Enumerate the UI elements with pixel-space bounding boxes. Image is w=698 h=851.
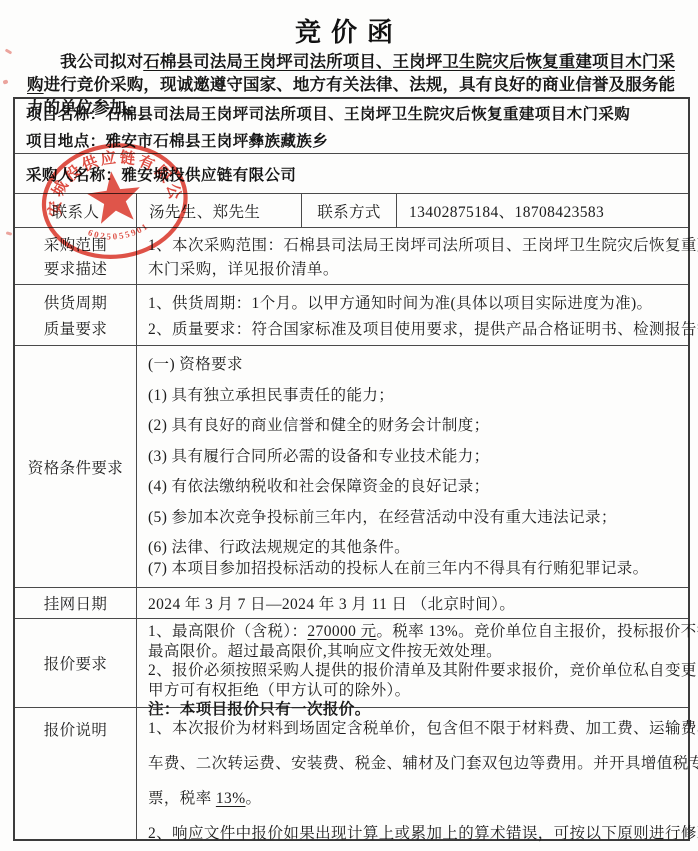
qualification-item: (3) 具有履行合同所必需的设备和专业技术能力； — [148, 446, 682, 467]
intro-pre: 我公司拟对 — [60, 52, 143, 71]
quote-note-l3-post: 。 — [246, 790, 262, 807]
qualification-item: (4) 有依法缴纳税收和社会保障资金的良好记录； — [148, 476, 682, 497]
scope-line2: 木门采购，详见报价清单。 — [148, 257, 698, 279]
row-contact: 联系人 汤先生、郑先生 联系方式 13402875184、18708423583 — [15, 193, 688, 227]
supply-label-line2: 质量要求 — [44, 317, 108, 339]
row-listing-date: 挂网日期 2024 年 3 月 7 日—2024 年 3 月 11 日 （北京时… — [15, 587, 688, 618]
qualification-content: (一) 资格要求 (1) 具有独立承担民事责任的能力； (2) 具有良好的商业信… — [137, 346, 688, 587]
scope-line1: 1、本次采购范围：石棉县司法局王岗坪司法所项目、王岗坪卫生院灾后恢复重建项目 — [148, 233, 698, 255]
bidding-table: 项目名称：石棉县司法局王岗坪司法所项目、王岗坪卫生院灾后恢复重建项目木门采购 项… — [13, 97, 690, 841]
quote-note-line3: 票，税率 13%。 — [148, 781, 698, 816]
quote-note-line1: 1、本次报价为材料到场固定含税单价，包含但不限于材料费、加工费、运输费、上下 — [148, 711, 698, 746]
scope-label-line2: 要求描述 — [44, 257, 108, 279]
quote-req-l1-post: 。税率 13%。竞价单位自主报价，投标报价不得超过 — [376, 623, 698, 640]
contact-phones: 13402875184、18708423583 — [397, 194, 688, 227]
row-quote-requirements: 报价要求 1、最高限价（含税）：270000 元。税率 13%。竞价单位自主报价… — [15, 618, 688, 707]
purchaser-name: 采购人名称：雅安城投供应链有限公司 — [15, 157, 688, 191]
scan-speck — [2, 79, 8, 84]
quote-req-line4: 甲方可有权拒绝（甲方认可的除外）。 — [148, 681, 698, 701]
qualification-item: (2) 具有良好的商业信誉和健全的财务会计制度； — [148, 415, 682, 436]
contact-persons: 汤先生、郑先生 — [137, 194, 302, 227]
row-qualification: 资格条件要求 (一) 资格要求 (1) 具有独立承担民事责任的能力； (2) 具… — [15, 345, 688, 587]
scope-content: 1、本次采购范围：石棉县司法局王岗坪司法所项目、王岗坪卫生院灾后恢复重建项目 木… — [137, 228, 698, 284]
scan-speck — [5, 48, 13, 54]
scope-label-line1: 采购范围 — [44, 233, 108, 255]
qualification-item: (6) 法律、行政法规规定的其他条件。 — [148, 537, 682, 558]
quote-note-line2: 车费、二次转运费、安装费、税金、辅材及门套双包边等费用。并开具增值税专用发 — [148, 746, 698, 781]
document-title: 竞价函 — [0, 12, 698, 49]
quote-req-l1-pre: 1、最高限价（含税）： — [148, 623, 307, 640]
row-supply: 供货周期 质量要求 1、供货周期：1个月。以甲方通知时间为准(具体以项目实际进度… — [15, 284, 688, 345]
row-project: 项目名称：石棉县司法局王岗坪司法所项目、王岗坪卫生院灾后恢复重建项目木门采购 项… — [15, 99, 688, 153]
supply-line1: 1、供货周期：1个月。以甲方通知时间为准(具体以项目实际进度为准)。 — [148, 291, 698, 313]
quote-req-line2: 最高限价。超过最高限价,其响应文件按无效处理。 — [148, 642, 698, 662]
scan-speck — [6, 231, 13, 235]
supply-label: 供货周期 质量要求 — [15, 285, 137, 345]
quote-req-line1: 1、最高限价（含税）：270000 元。税率 13%。竞价单位自主报价，投标报价… — [148, 622, 698, 642]
row-quote-notes: 报价说明 1、本次报价为材料到场固定含税单价，包含但不限于材料费、加工费、运输费… — [15, 707, 688, 839]
listing-date-value: 2024 年 3 月 7 日—2024 年 3 月 11 日 （北京时间）。 — [137, 588, 688, 618]
quote-note-l3-pre: 票，税率 — [148, 790, 216, 807]
supply-line2: 2、质量要求：符合国家标准及项目使用要求，提供产品合格证明书、检测报告等资料。 — [148, 317, 698, 339]
contact-method-label: 联系方式 — [302, 194, 397, 227]
listing-date-label: 挂网日期 — [15, 588, 137, 618]
quote-note-line4: 2、响应文件中报价如果出现计算上或累加上的算术错误，可按以下原则进行修改： — [148, 816, 698, 851]
row-scope: 采购范围 要求描述 1、本次采购范围：石棉县司法局王岗坪司法所项目、王岗坪卫生院… — [15, 227, 688, 284]
scope-label: 采购范围 要求描述 — [15, 228, 137, 284]
contact-label: 联系人 — [15, 194, 137, 227]
quote-note-label: 报价说明 — [15, 708, 137, 839]
qualification-label: 资格条件要求 — [15, 346, 137, 587]
supply-content: 1、供货周期：1个月。以甲方通知时间为准(具体以项目实际进度为准)。 2、质量要… — [137, 285, 698, 345]
quote-req-line3: 2、报价必须按照采购人提供的报价清单及其附件要求报价，竞价单位私自变更内容， — [148, 661, 698, 681]
qualification-item: (5) 参加本次竞争投标前三年内，在经营活动中没有重大违法记录； — [148, 507, 682, 528]
qualification-item: (一) 资格要求 — [148, 354, 682, 375]
tax-rate-value: 13% — [216, 790, 246, 807]
supply-label-line1: 供货周期 — [44, 291, 108, 313]
project-location: 项目地点：雅安市石棉县王岗坪彝族藏族乡 — [15, 129, 688, 151]
quote-req-content: 1、最高限价（含税）：270000 元。税率 13%。竞价单位自主报价，投标报价… — [137, 619, 698, 707]
qualification-item: (7) 本项目参加招投标活动的投标人在前三年内不得具有行贿犯罪记录。 — [148, 558, 682, 579]
quote-note-content: 1、本次报价为材料到场固定含税单价，包含但不限于材料费、加工费、运输费、上下 车… — [137, 708, 698, 839]
document-page: 竞价函 我公司拟对石棉县司法局王岗坪司法所项目、王岗坪卫生院灾后恢复重建项目木门… — [0, 0, 698, 851]
max-price-value: 270000 元 — [307, 623, 376, 640]
row-purchaser: 采购人名称：雅安城投供应链有限公司 — [15, 153, 688, 193]
quote-req-label: 报价要求 — [15, 619, 137, 707]
qualification-item: (1) 具有独立承担民事责任的能力； — [148, 385, 682, 406]
project-name: 项目名称：石棉县司法局王岗坪司法所项目、王岗坪卫生院灾后恢复重建项目木门采购 — [15, 102, 688, 124]
